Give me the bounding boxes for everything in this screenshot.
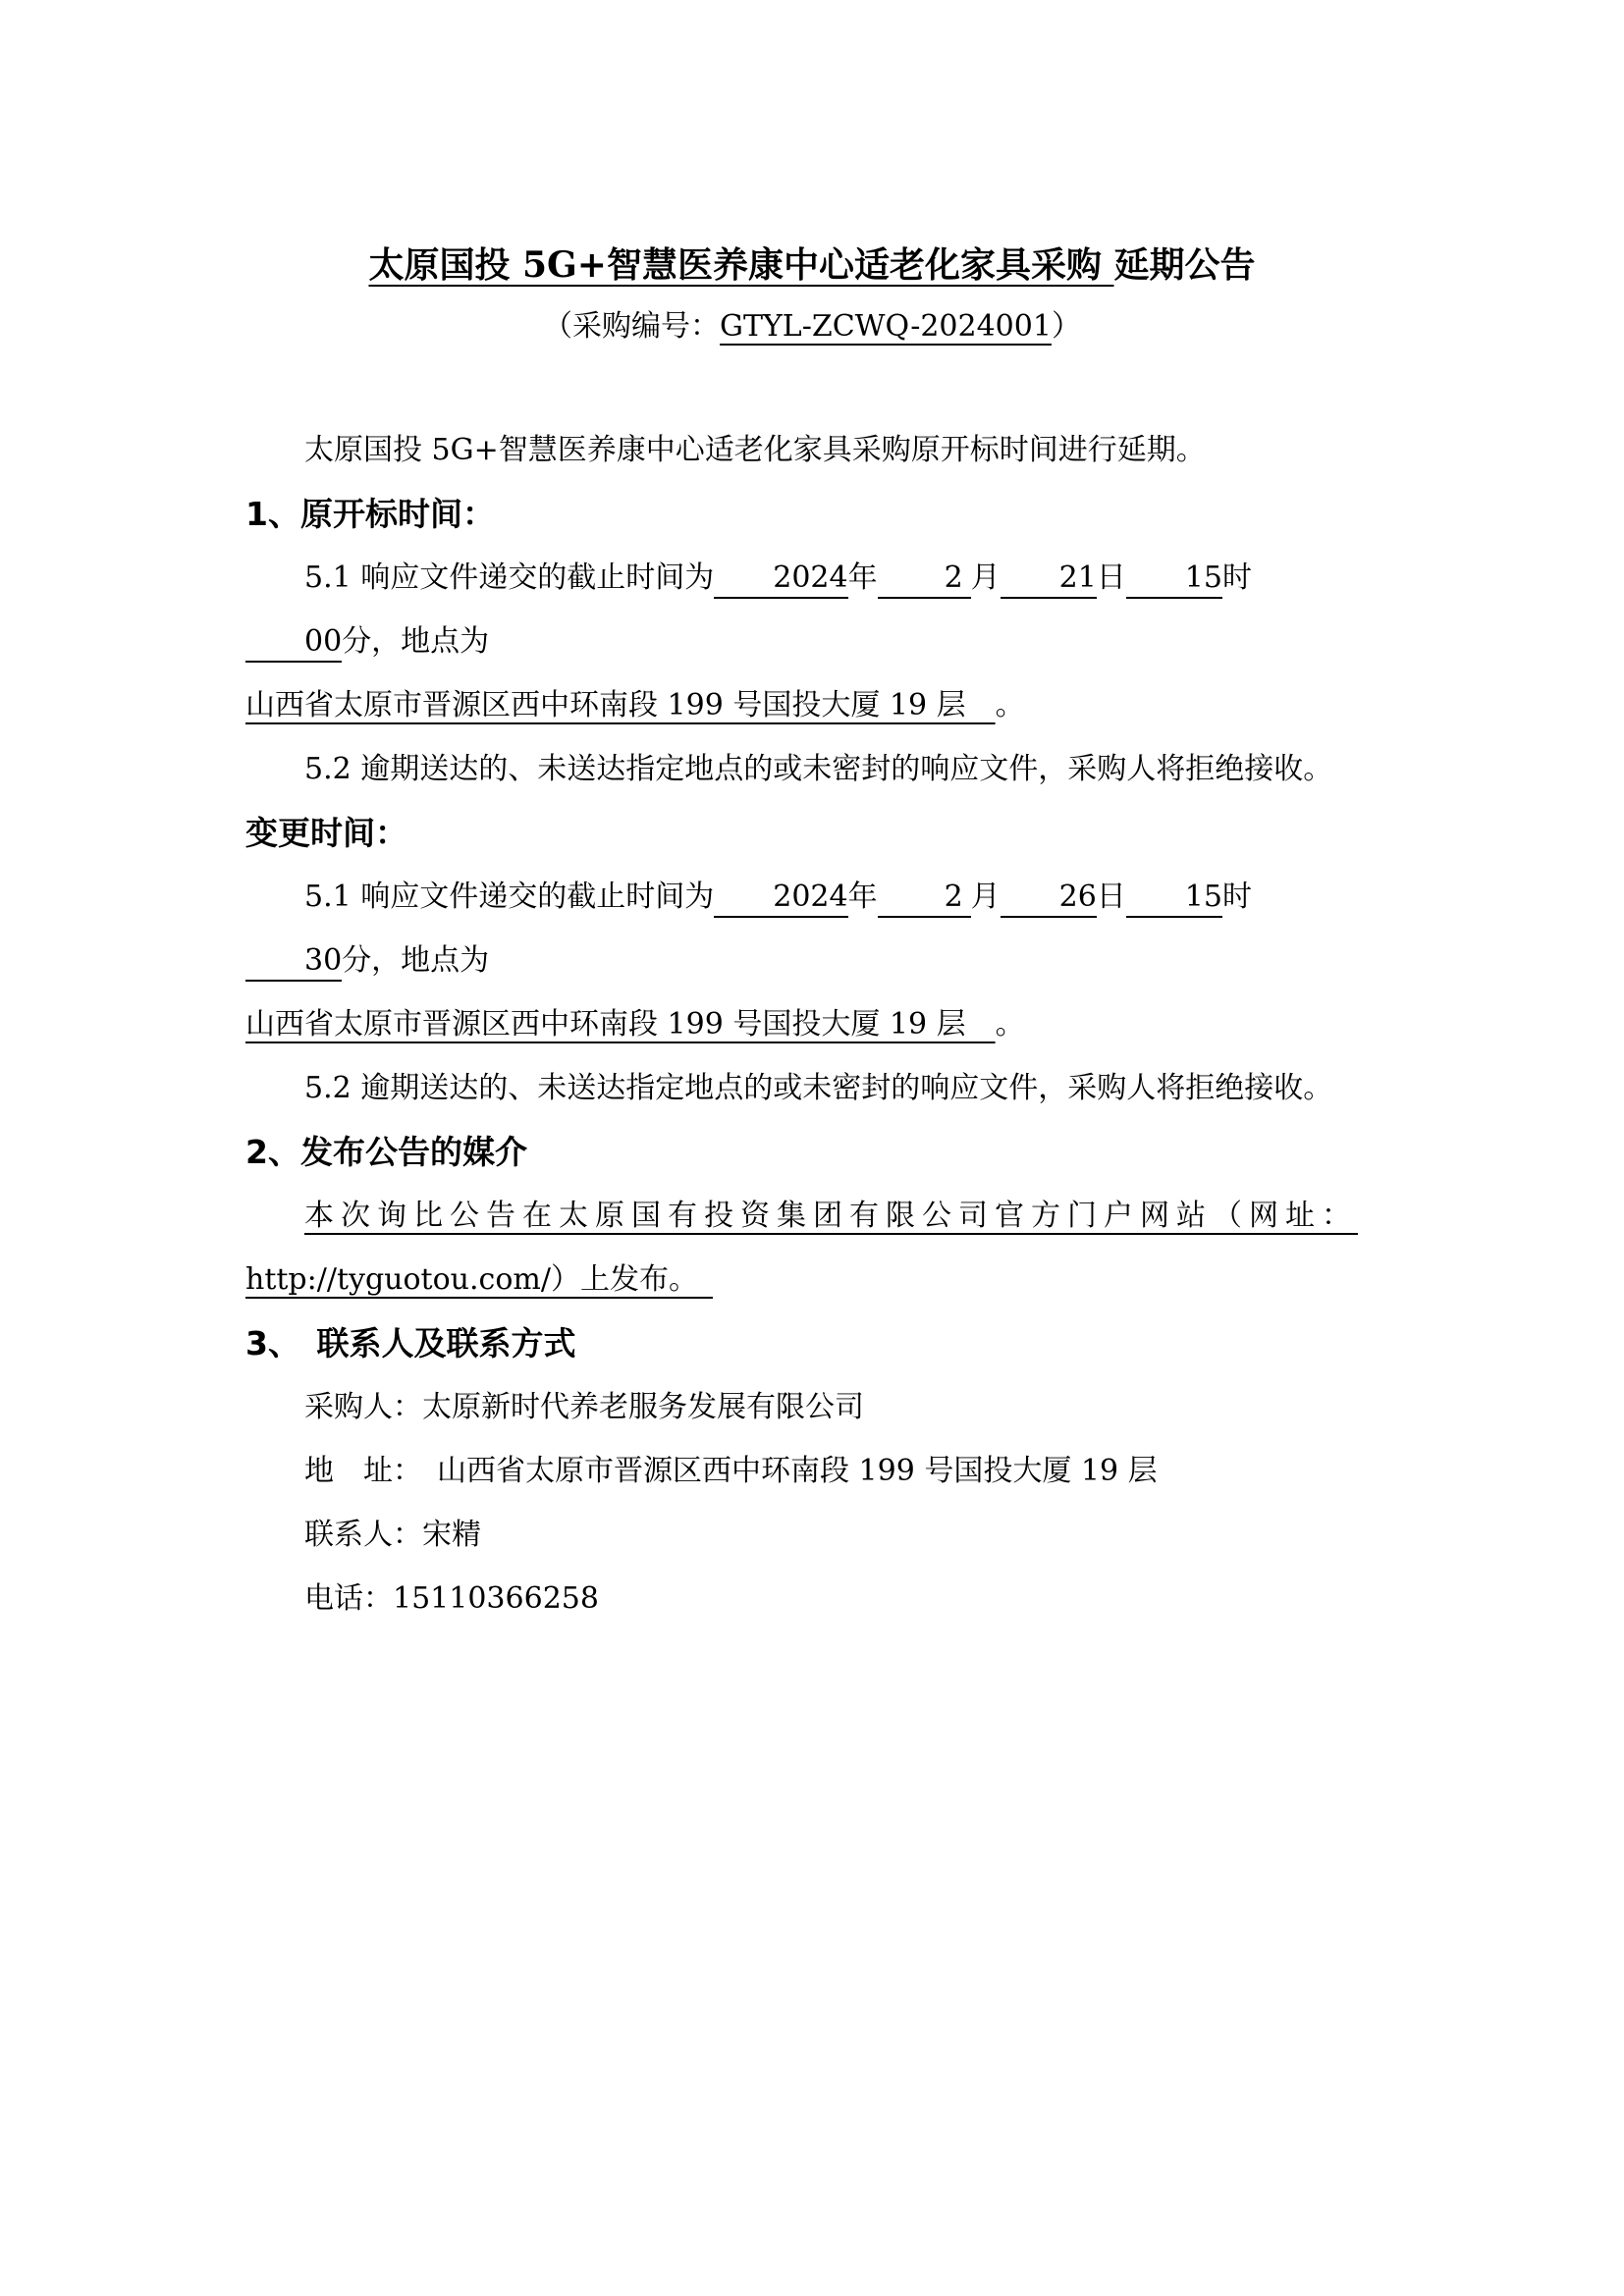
original-address-line: 山西省太原市晋源区西中环南段 199 号国投大厦 19 层 。 [245,673,1379,737]
changed-year-blank: 2024 [714,879,847,918]
contact-person-label: 联系人： [304,1518,422,1552]
page-title: 太原国投 5G+智慧医养康中心适老化家具采购 延期公告 [245,241,1379,289]
media-statement-line2: http://tyguotou.com/）上发布。 [245,1248,1379,1311]
phone-row: 电话：15110366258 [245,1567,1379,1630]
contact-person-row: 联系人：宋精 [245,1503,1379,1567]
section3-heading: 3、 联系人及联系方式 [245,1311,1379,1375]
procurement-number-code: GTYL-ZCWQ-2024001 [720,309,1052,344]
buyer-value: 太原新时代养老服务发展有限公司 [422,1390,864,1424]
day-unit-label: 日 [1097,561,1126,595]
original-minute-blank: 00 [245,623,342,663]
changed-month-blank: 2 [878,879,971,918]
changed-time-heading: 变更时间： [245,801,1379,865]
page-title-plain: 延期公告 [1114,244,1256,286]
page-title-underlined: 太原国投 5G+智慧医养康中心适老化家具采购 [368,244,1113,286]
changed-address-line: 山西省太原市晋源区西中环南段 199 号国投大厦 19 层 。 [245,992,1379,1056]
media-website-url: http://tyguotou.com/）上发布。 [245,1262,713,1297]
procurement-number-prefix: （采购编号： [543,309,720,344]
changed-address-period: 。 [996,1007,1025,1041]
original-address-period: 。 [996,688,1025,722]
minute-unit-label: 分，地点为 [342,943,489,978]
document-content: 太原国投 5G+智慧医养康中心适老化家具采购 延期公告 （采购编号：GTYL-Z… [0,0,1624,1630]
year-unit-label: 年 [848,561,878,595]
changed-rejection-note: 5.2 逾期送达的、未送达指定地点的或未密封的响应文件，采购人将拒绝接收。 [245,1056,1379,1120]
section2-heading: 2、发布公告的媒介 [245,1120,1379,1184]
address-label: 地 址： [304,1454,407,1488]
intro-paragraph: 太原国投 5G+智慧医养康中心适老化家具采购原开标时间进行延期。 [245,418,1379,482]
month-unit-label: 月 [971,561,1001,595]
procurement-number-line: （采购编号：GTYL-ZCWQ-2024001） [245,306,1379,347]
changed-deadline-line: 5.1 响应文件递交的截止时间为2024年2月26日15时30分，地点为 [245,865,1379,992]
original-hour-blank: 15 [1126,560,1222,599]
original-rejection-note: 5.2 逾期送达的、未送达指定地点的或未密封的响应文件，采购人将拒绝接收。 [245,737,1379,801]
address-row: 地 址： 山西省太原市晋源区西中环南段 199 号国投大厦 19 层 [245,1439,1379,1503]
media-paragraph: 本次询比公告在太原国有投资集团有限公司官方门户网站（网址：http://tygu… [245,1184,1379,1311]
minute-unit-label: 分，地点为 [342,624,489,659]
phone-value: 15110366258 [393,1581,599,1616]
original-year-blank: 2024 [714,560,847,599]
media-statement-line1: 本次询比公告在太原国有投资集团有限公司官方门户网站（网址： [245,1184,1379,1248]
hour-unit-label: 时 [1222,561,1252,595]
address-value: 山西省太原市晋源区西中环南段 199 号国投大厦 19 层 [407,1454,1158,1488]
hour-unit-label: 时 [1222,880,1252,914]
changed-address: 山西省太原市晋源区西中环南段 199 号国投大厦 19 层 [245,1007,996,1041]
buyer-row: 采购人：太原新时代养老服务发展有限公司 [245,1375,1379,1439]
day-unit-label: 日 [1097,880,1126,914]
changed-day-blank: 26 [1001,879,1097,918]
phone-label: 电话： [304,1581,393,1616]
document-page: 太原国投 5G+智慧医养康中心适老化家具采购 延期公告 （采购编号：GTYL-Z… [0,0,1624,2296]
section1-heading: 1、原开标时间： [245,482,1379,546]
buyer-label: 采购人： [304,1390,422,1424]
contact-person-value: 宋精 [422,1518,481,1552]
changed-deadline-prefix: 5.1 响应文件递交的截止时间为 [304,880,714,914]
changed-minute-blank: 30 [245,942,342,982]
original-day-blank: 21 [1001,560,1097,599]
month-unit-label: 月 [971,880,1001,914]
changed-hour-blank: 15 [1126,879,1222,918]
original-deadline-prefix: 5.1 响应文件递交的截止时间为 [304,561,714,595]
year-unit-label: 年 [848,880,878,914]
original-address: 山西省太原市晋源区西中环南段 199 号国投大厦 19 层 [245,688,996,722]
procurement-number-suffix: ） [1052,309,1081,344]
original-month-blank: 2 [878,560,971,599]
original-deadline-line: 5.1 响应文件递交的截止时间为2024年2月21日15时00分，地点为 [245,546,1379,673]
